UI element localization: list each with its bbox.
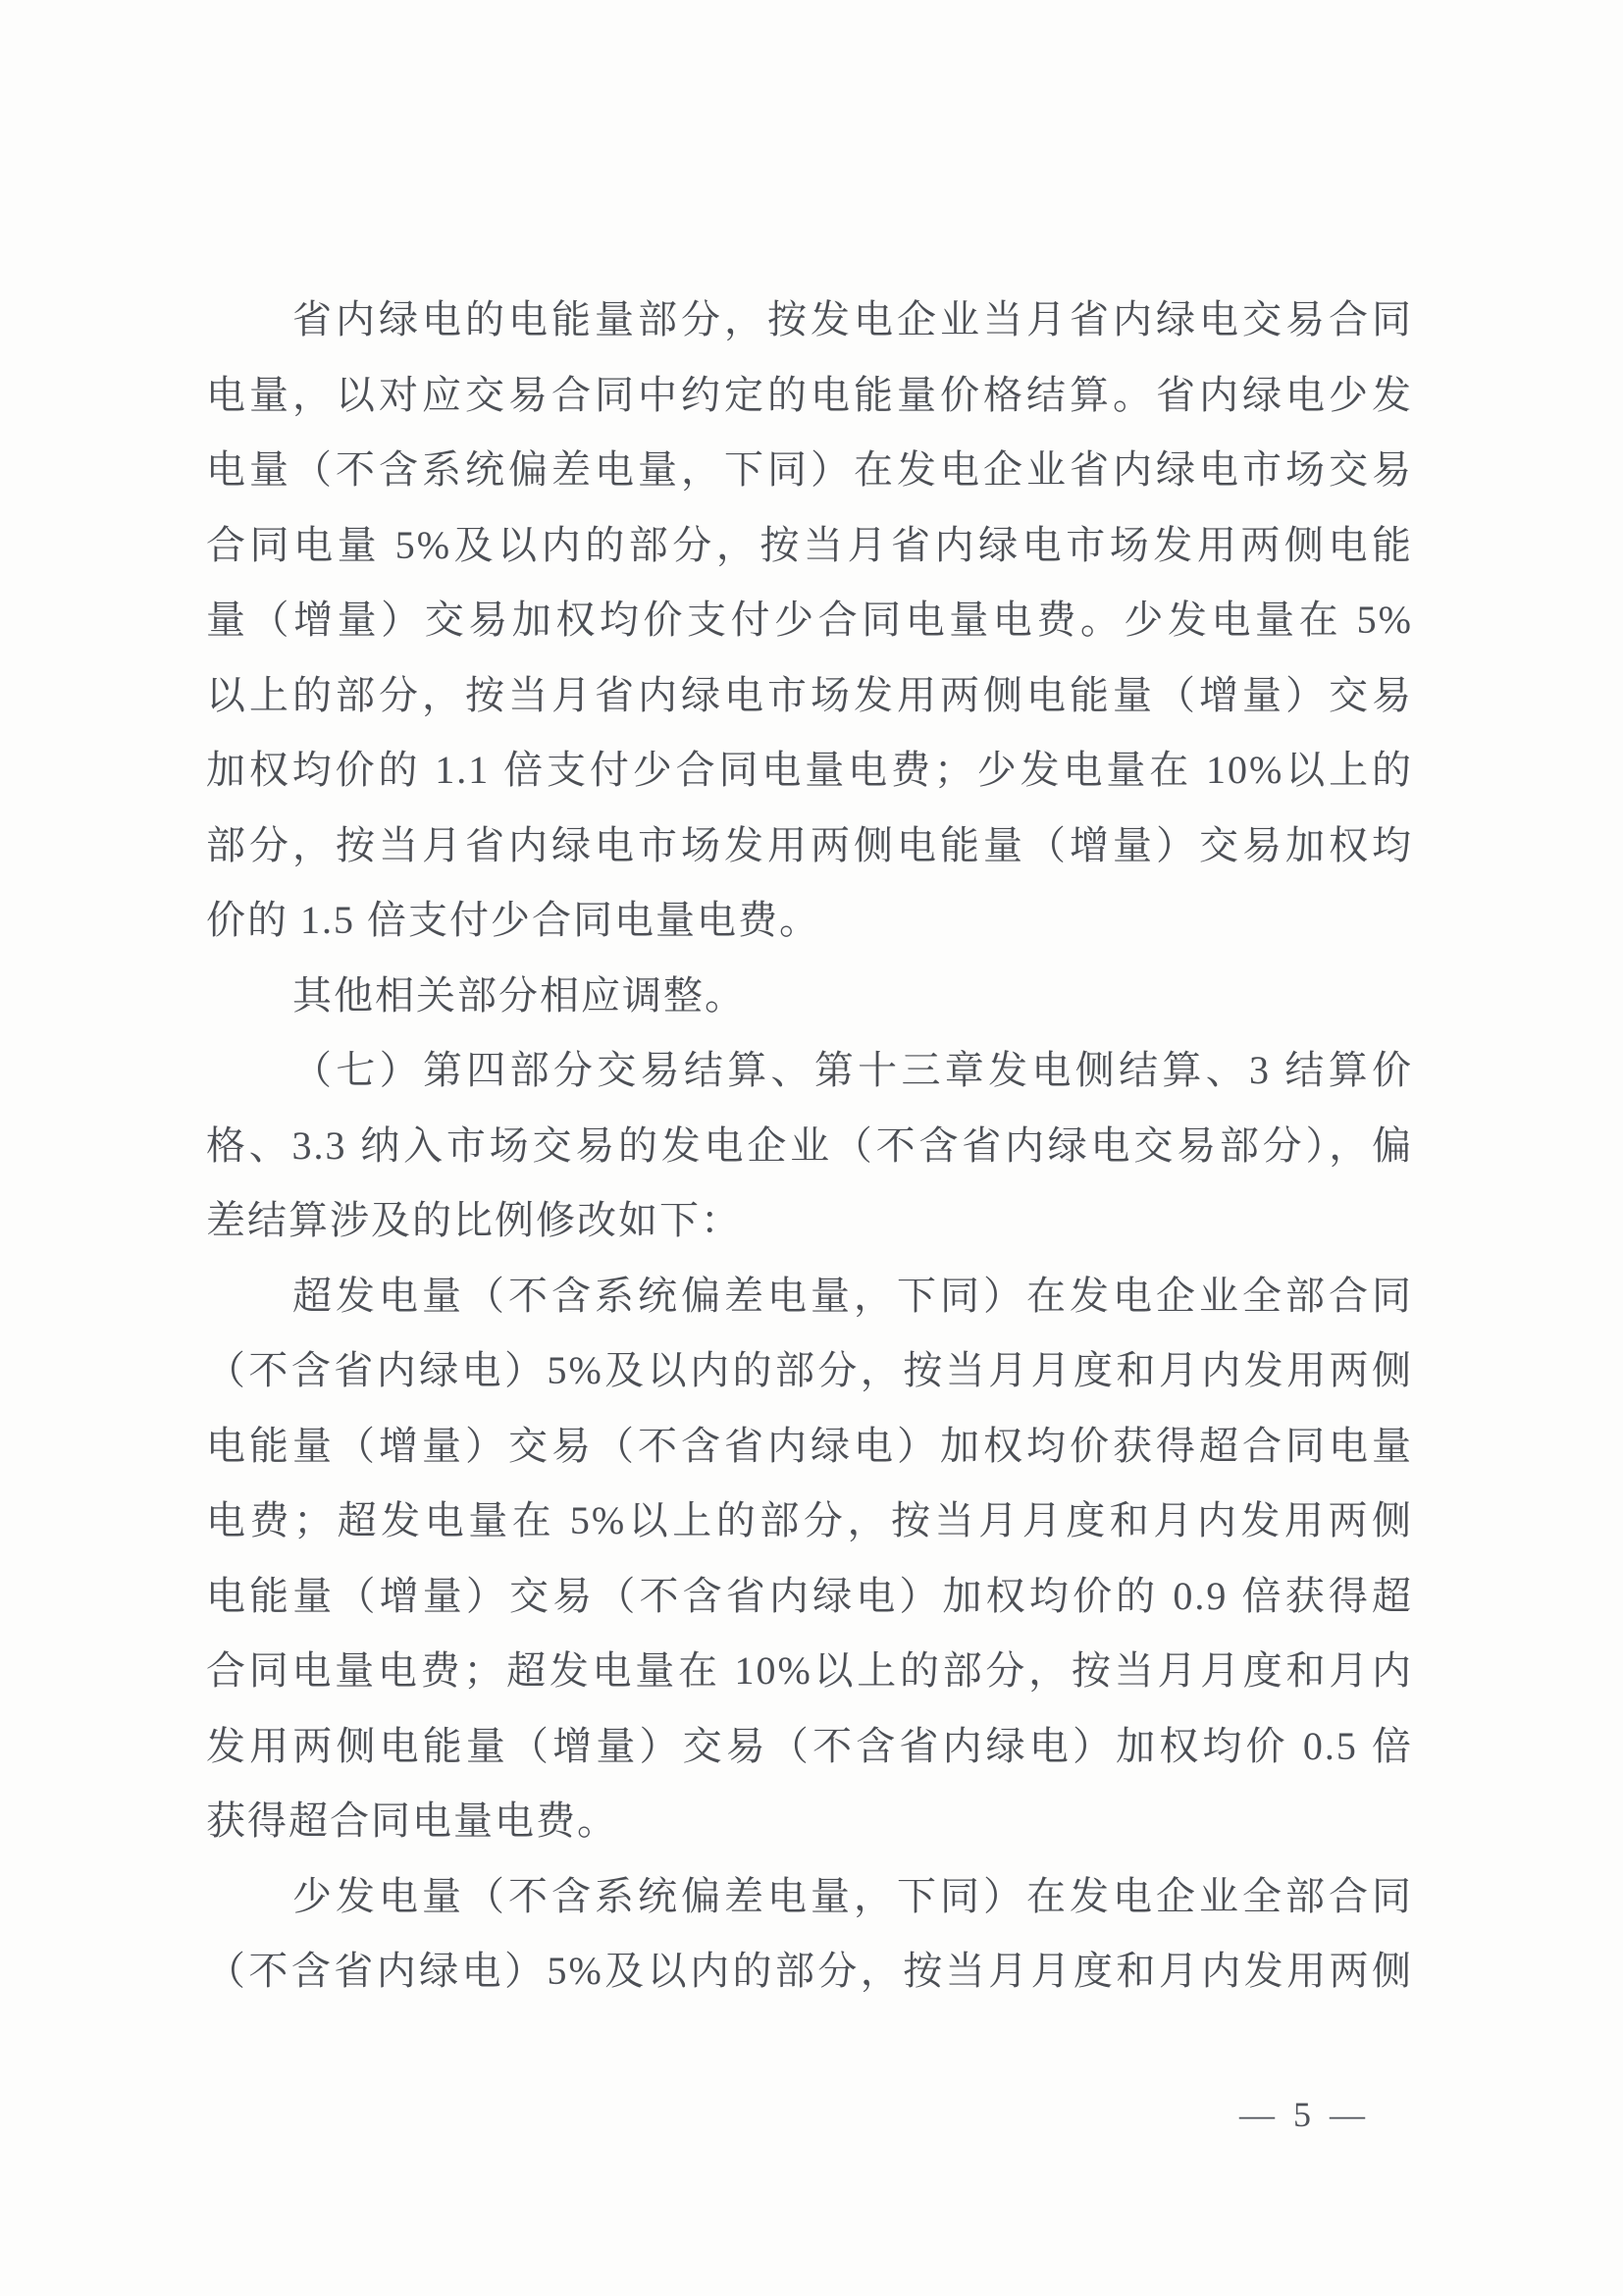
text-line: 获得超合同电量电费。 [206,1784,1413,1859]
text-line: 少发电量（不含系统偏差电量，下同）在发电企业全部合同 [206,1859,1413,1935]
text-line: 部分，按当月省内绿电市场发用两侧电能量（增量）交易加权均 [206,809,1413,884]
document-body: 省内绿电的电能量部分，按发电企业当月省内绿电交易合同 电量，以对应交易合同中约定… [206,283,1413,2009]
text-line: 价的 1.5 倍支付少合同电量电费。 [206,883,1413,959]
text-line: 量（增量）交易加权均价支付少合同电量电费。少发电量在 5% [206,583,1413,658]
text-line: 电能量（增量）交易（不含省内绿电）加权均价的 0.9 倍获得超 [206,1559,1413,1635]
text-line: 加权均价的 1.1 倍支付少合同电量电费；少发电量在 10%以上的 [206,733,1413,809]
text-line: 格、3.3 纳入市场交易的发电企业（不含省内绿电交易部分），偏 [206,1109,1413,1184]
document-page: 省内绿电的电能量部分，按发电企业当月省内绿电交易合同 电量，以对应交易合同中约定… [0,0,1623,2296]
text-line: 省内绿电的电能量部分，按发电企业当月省内绿电交易合同 [206,283,1413,358]
text-line: 以上的部分，按当月省内绿电市场发用两侧电能量（增量）交易 [206,658,1413,734]
text-line: 其他相关部分相应调整。 [206,959,1413,1034]
text-line: 合同电量 5%及以内的部分，按当月省内绿电市场发用两侧电能 [206,508,1413,584]
text-line: 超发电量（不含系统偏差电量，下同）在发电企业全部合同 [206,1259,1413,1334]
page-number: — 5 — [1239,2093,1370,2136]
text-line: （七）第四部分交易结算、第十三章发电侧结算、3 结算价 [206,1033,1413,1109]
text-line: 差结算涉及的比例修改如下： [206,1183,1413,1259]
text-line: 合同电量电费；超发电量在 10%以上的部分，按当月月度和月内 [206,1634,1413,1709]
text-line: （不含省内绿电）5%及以内的部分，按当月月度和月内发用两侧 [206,1333,1413,1409]
text-line: 电费；超发电量在 5%以上的部分，按当月月度和月内发用两侧 [206,1484,1413,1559]
text-line: 电能量（增量）交易（不含省内绿电）加权均价获得超合同电量 [206,1409,1413,1485]
text-line: 发用两侧电能量（增量）交易（不含省内绿电）加权均价 0.5 倍 [206,1709,1413,1785]
text-line: （不含省内绿电）5%及以内的部分，按当月月度和月内发用两侧 [206,1934,1413,2009]
text-line: 电量（不含系统偏差电量，下同）在发电企业省内绿电市场交易 [206,433,1413,508]
text-line: 电量，以对应交易合同中约定的电能量价格结算。省内绿电少发 [206,358,1413,434]
